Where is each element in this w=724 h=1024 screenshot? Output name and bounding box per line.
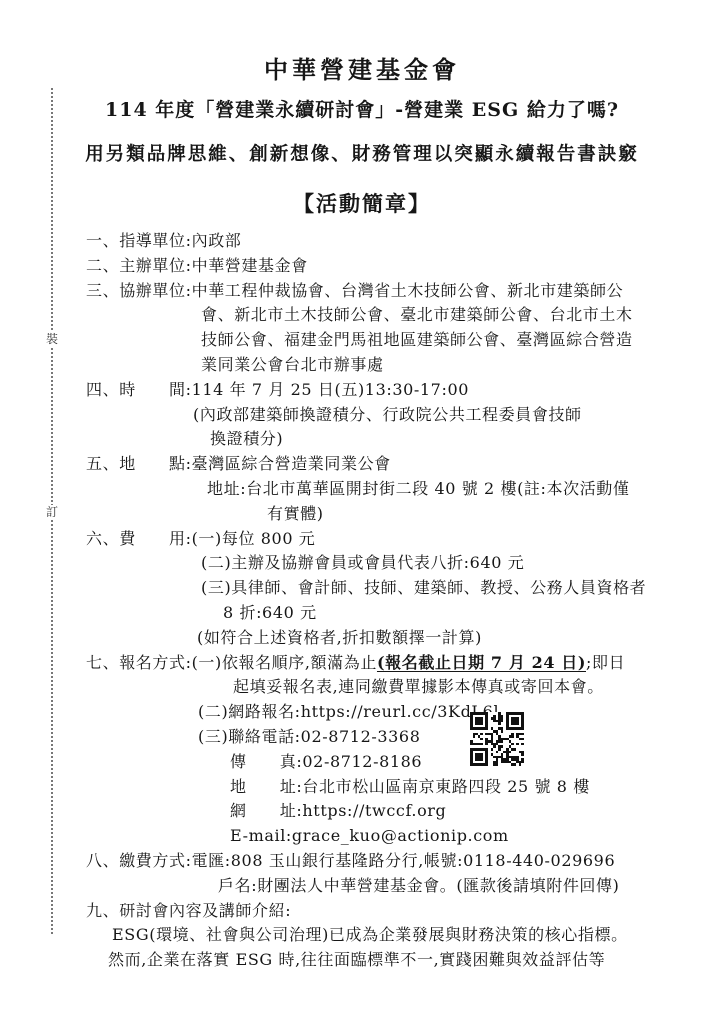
line-credit-note-2: 換證積分) [0,427,724,452]
line-venue: 五、地 點:臺灣區綜合營造業同業公會 [0,452,724,477]
registration-deadline-emphasis: (報名截止日期 7 月 24 日) [377,653,586,672]
event-subtitle: 用另類品牌思維、創新想像、財務管理以突顯永續報告書訣竅 [0,140,724,166]
line-venue-address-cont: 有實體) [0,502,724,527]
line-fee-1: 六、費 用:(一)每位 800 元 [0,527,724,552]
registration-pre-text: 七、報名方式:(一)依報名順序,額滿為止 [86,653,377,672]
line-registration-1-cont: 起填妥報名表,連同繳費單據影本傳真或寄回本會。 [0,675,724,700]
line-payment-account: 戶名:財團法人中華營建基金會。(匯款後請填附件回傳) [0,874,724,899]
line-fee-2: (二)主辦及協辦會員或會員代表八折:640 元 [0,551,724,576]
document-body: 一、指導單位:內政部 二、主辦單位:中華營建基金會 三、協辦單位:中華工程仲裁協… [0,229,724,973]
line-coorganizer-unit: 三、協辦單位:中華工程仲裁協會、台灣省土木技師公會、新北市建築師公 [0,279,724,304]
website-url-link[interactable]: https://twccf.org [302,801,446,820]
line-seminar-intro-2: 然而,企業在落實 ESG 時,往往面臨標準不一,實踐困難與效益評估等 [0,948,724,973]
line-fee-3: (三)具律師、會計師、技師、建築師、教授、公務人員資格者 [0,576,724,601]
line-credit-note-1: (內政部建築師換證積分、行政院公共工程委員會技師 [0,403,724,428]
line-coorganizer-cont-1: 會、新北市土木技師公會、臺北市建築師公會、台北市土木 [0,303,724,328]
line-payment-method: 八、繳費方式:電匯:808 玉山銀行基隆路分行,帳號:0118-440-0296… [0,849,724,874]
line-website: 網 址:https://twccf.org [0,799,724,824]
line-organizer-unit: 二、主辦單位:中華營建基金會 [0,254,724,279]
line-registration-1: 七、報名方式:(一)依報名順序,額滿為止(報名截止日期 7 月 24 日);即日 [0,651,724,676]
qr-code [470,712,524,766]
line-fee-3-cont: 8 折:640 元 [0,601,724,626]
event-title: 114 年度「營建業永續研討會」-營建業 ESG 給力了嗎? [0,95,724,122]
email-label: E-mail: [230,826,292,845]
line-seminar-intro-1: ESG(環境、社會與公司治理)已成為企業發展與財務決策的核心指標。 [0,923,724,948]
line-fee-note: (如符合上述資格者,折扣數額擇一計算) [0,626,724,651]
line-advisor-unit: 一、指導單位:內政部 [0,229,724,254]
line-office-address: 地 址:台北市松山區南京東路四段 25 號 8 樓 [0,775,724,800]
line-online-registration: (二)網路報名:https://reurl.cc/3KdL6l [0,700,724,725]
line-fax: 傳 真:02-8712-8186 [0,750,724,775]
line-coorganizer-cont-2: 技師公會、福建金門馬祖地區建築師公會、臺灣區綜合營造 [0,328,724,353]
document-page: 裝 訂 中華營建基金會 114 年度「營建業永續研討會」-營建業 ESG 給力了… [0,0,724,1024]
email-address-link[interactable]: grace_kuo@actionip.com [292,826,509,845]
line-venue-address: 地址:台北市萬華區開封街二段 40 號 2 樓(註:本次活動僅 [0,477,724,502]
line-event-time: 四、時 間:114 年 7 月 25 日(五)13:30-17:00 [0,378,724,403]
line-email: E-mail:grace_kuo@actionip.com [0,824,724,849]
registration-post-text: ;即日 [586,653,625,672]
online-registration-label: (二)網路報名: [198,702,301,721]
line-contact-phone: (三)聯絡電話:02-8712-3368 [0,725,724,750]
org-title: 中華營建基金會 [0,50,724,85]
line-coorganizer-cont-3: 業同業公會台北市辦事處 [0,353,724,378]
line-seminar-intro-title: 九、研討會內容及講師介紹: [0,899,724,924]
section-title: 【活動簡章】 [0,188,724,218]
website-label: 網 址: [230,801,302,820]
